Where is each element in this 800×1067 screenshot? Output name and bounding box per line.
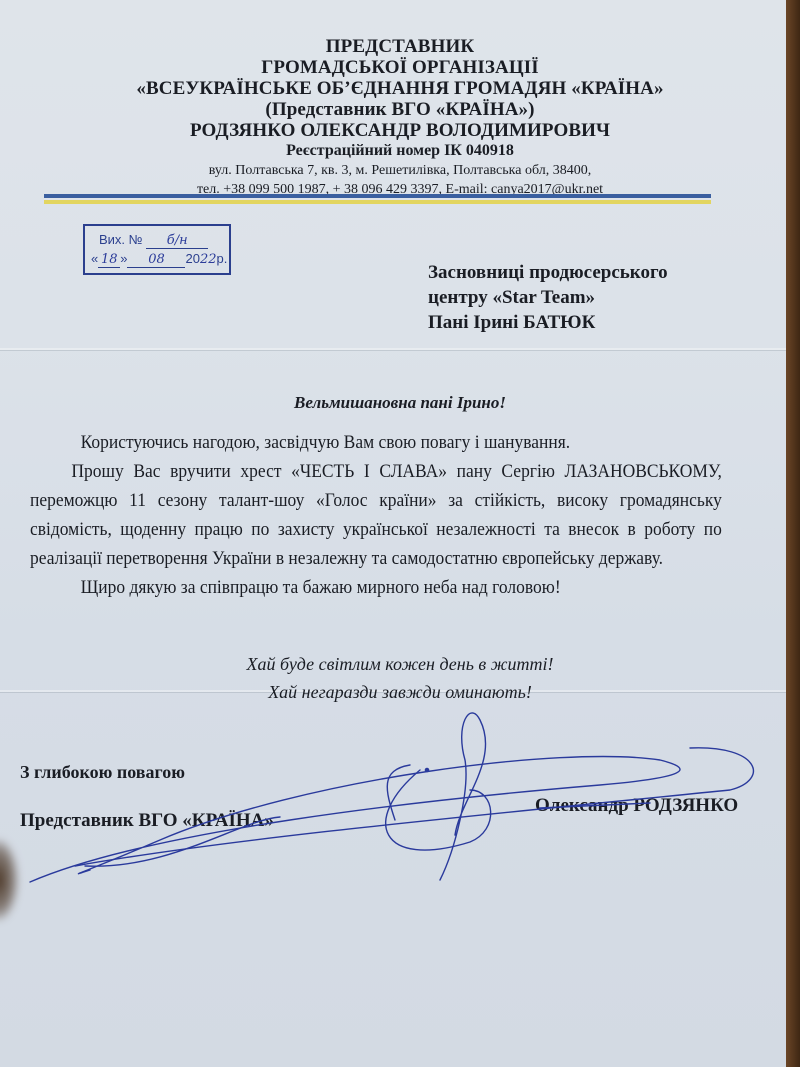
body-paragraph: Щиро дякую за співпрацю та бажаю мирного… [30, 573, 667, 602]
body-paragraph: Користуючись нагодою, засвідчую Вам свою… [30, 428, 667, 457]
stamp-day: 18 [98, 252, 120, 268]
stamp-month: 08 [127, 252, 185, 268]
letterhead-line: ПРЕДСТАВНИК [0, 36, 800, 57]
letterhead: ПРЕДСТАВНИК ГРОМАДСЬКОЇ ОРГАНІЗАЦІЇ «ВСЕ… [0, 36, 800, 199]
stamp-year-prefix: 20 [185, 251, 199, 266]
wish-line: Хай негаразди завжди оминають! [0, 678, 800, 706]
stamp-out-number: б/н [146, 233, 208, 249]
body-paragraph: Прошу Вас вручити хрест «ЧЕСТЬ І СЛАВА» … [30, 457, 722, 573]
registration-number: Реєстраційний номер ІК 040918 [0, 141, 800, 161]
ukrainian-flag-stripe [44, 194, 711, 204]
letterhead-line: РОДЗЯНКО ОЛЕКСАНДР ВОЛОДИМИРОВИЧ [0, 120, 800, 141]
salutation: Вельмишановна пані Ірино! [0, 393, 800, 413]
addressee-line: Пані Ірині БАТЮК [428, 310, 668, 335]
stamp-quote: » [120, 251, 127, 266]
signer-role: Представник ВГО «КРАЇНА» [20, 810, 274, 832]
stripe-yellow [44, 200, 711, 204]
wish-line: Хай буде світлим кожен день в житті! [0, 650, 800, 678]
letterhead-line: (Представник ВГО «КРАЇНА») [0, 99, 800, 120]
stamp-year-suffix: р. [216, 251, 227, 266]
wooden-surface [786, 0, 800, 1067]
letterhead-line: «ВСЕУКРАЇНСЬКЕ ОБ’ЄДНАННЯ ГРОМАДЯН «КРАЇ… [0, 78, 800, 99]
addressee-line: центру «Star Team» [428, 285, 668, 310]
letter-body: Користуючись нагодою, засвідчую Вам свою… [30, 428, 667, 602]
stamp-year: 22 [200, 252, 217, 267]
letter-paper: ПРЕДСТАВНИК ГРОМАДСЬКОЇ ОРГАНІЗАЦІЇ «ВСЕ… [0, 0, 792, 1067]
stamp-date-row: «18»082022р. [91, 251, 227, 268]
addressee: Засновниці продюсерського центру «Star T… [428, 260, 668, 335]
addressee-line: Засновниці продюсерського [428, 260, 668, 285]
stamp-out-label: Вих. № [99, 232, 143, 247]
signer-name: Олександр РОДЗЯНКО [535, 795, 738, 817]
closing: З глибокою повагою [20, 762, 185, 783]
stamp-quote: « [91, 251, 98, 266]
address: вул. Полтавська 7, кв. 3, м. Решетилівка… [0, 161, 800, 180]
paper-fold-line [0, 348, 792, 350]
letterhead-line: ГРОМАДСЬКОЇ ОРГАНІЗАЦІЇ [0, 57, 800, 78]
stamp-number-row: Вих. № б/н [99, 232, 208, 249]
wishes: Хай буде світлим кожен день в житті! Хай… [0, 650, 800, 706]
outgoing-number-stamp: Вих. № б/н «18»082022р. [83, 224, 231, 275]
